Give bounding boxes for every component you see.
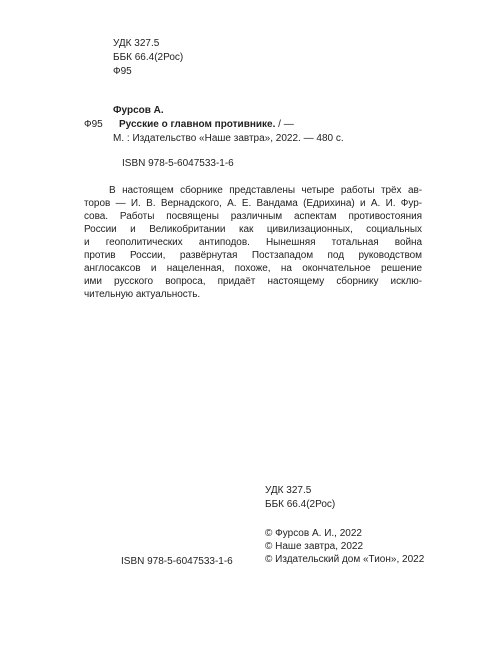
- bib-title-line: Русские о главном противнике. / —: [119, 118, 294, 132]
- author-sign-code: Ф95: [113, 65, 183, 79]
- annotation-line: чительную актуальность.: [84, 288, 422, 301]
- bib-author-sign: Ф95: [84, 118, 103, 132]
- annotation-paragraph: В настоящем сборнике представлены четыре…: [84, 184, 422, 301]
- bib-author: Фурсов А.: [113, 104, 164, 118]
- bbk-code-bottom: ББК 66.4(2Рос): [265, 498, 335, 512]
- annotation-line: и геополитических антиподов. Нынешняя то…: [84, 236, 422, 249]
- top-codes-block: УДК 327.5 ББК 66.4(2Рос) Ф95: [113, 37, 183, 79]
- annotation-line: англосаксов и нацеленная, похоже, на око…: [84, 262, 422, 275]
- annotation-line: ими русского вопроса, придаёт настоящему…: [84, 275, 422, 288]
- annotation-line: В настоящем сборнике представлены четыре…: [84, 184, 422, 197]
- annotation-line: торов — И. В. Вернадского, А. Е. Вандама…: [84, 197, 422, 210]
- annotation-line: России и Великобритании как цивилизацион…: [84, 223, 422, 236]
- copyright-line: © Издательский дом «Тион», 2022: [265, 553, 424, 566]
- bottom-codes-block: УДК 327.5 ББК 66.4(2Рос): [265, 484, 335, 512]
- bib-title-suffix: / —: [275, 119, 293, 130]
- isbn-bottom: ISBN 978-5-6047533-1-6: [121, 555, 233, 569]
- udc-code: УДК 327.5: [113, 37, 183, 51]
- bib-title: Русские о главном противнике.: [119, 119, 275, 130]
- bib-imprint: М. : Издательство «Наше завтра», 2022. —…: [113, 132, 344, 146]
- isbn-top: ISBN 978-5-6047533-1-6: [122, 157, 234, 171]
- copyright-line: © Наше завтра, 2022: [265, 540, 424, 553]
- annotation-line: против России, развёрнутая Постзападом п…: [84, 249, 422, 262]
- udc-code-bottom: УДК 327.5: [265, 484, 335, 498]
- copyright-line: © Фурсов А. И., 2022: [265, 527, 424, 540]
- bbk-code: ББК 66.4(2Рос): [113, 51, 183, 65]
- book-imprint-page: УДК 327.5 ББК 66.4(2Рос) Ф95 Фурсов А. Ф…: [0, 0, 480, 650]
- annotation-line: сова. Работы посвящены различным аспекта…: [84, 210, 422, 223]
- copyright-block: © Фурсов А. И., 2022 © Наше завтра, 2022…: [265, 527, 424, 566]
